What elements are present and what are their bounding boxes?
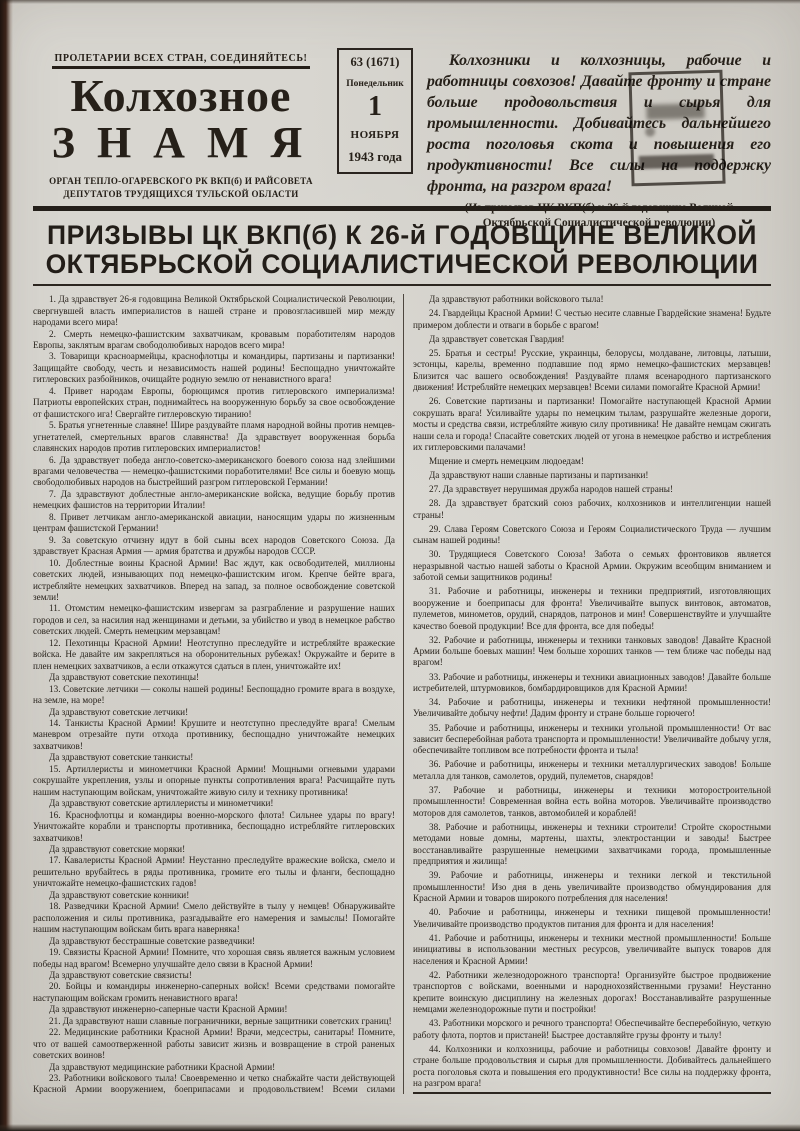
appeal-paragraph: Да здравствуют советские моряки! (33, 844, 395, 855)
appeal-paragraph: 32. Рабочие и работницы, инженеры и техн… (413, 635, 771, 669)
appeal-paragraph: Да здравствует советская Гвардия! (413, 334, 771, 345)
appeal-paragraph: 37. Рабочие и работницы, инженеры и техн… (413, 785, 771, 819)
epigraph: Колхозники и колхозницы, рабочие и работ… (427, 50, 771, 230)
right-column-paragraphs: Да здравствуют работники войскового тыла… (413, 294, 771, 1089)
appeal-paragraph: 44. Колхозники и колхозницы, рабочие и р… (413, 1044, 771, 1090)
appeal-paragraph: Да здравствуют советские танкисты! (33, 752, 395, 763)
headline-line1: ПРИЗЫВЫ ЦК ВКП(б) К 26-й ГОДОВЩИНЕ ВЕЛИК… (33, 221, 771, 250)
appeal-paragraph: 43. Работники морского и речного транспо… (413, 1018, 771, 1041)
appeal-paragraph: 42. Работники железнодорожного транспорт… (413, 970, 771, 1016)
masthead: ПРОЛЕТАРИИ ВСЕХ СТРАН, СОЕДИНЯЙТЕСЬ! Кол… (33, 48, 771, 200)
appeal-paragraph: 29. Слава Героям Советского Союза и Геро… (413, 524, 771, 547)
appeal-paragraph: 36. Рабочие и работницы, инженеры и техн… (413, 759, 771, 782)
appeal-paragraph: 39. Рабочие и работницы, инженеры и техн… (413, 870, 771, 904)
right-column: Да здравствуют работники войскового тыла… (403, 294, 771, 1094)
appeal-paragraph: 40. Рабочие и работницы, инженеры и техн… (413, 907, 771, 930)
appeal-paragraph: 35. Рабочие и работницы, инженеры и техн… (413, 723, 771, 757)
appeal-paragraph: 26. Советские партизаны и партизанки! По… (413, 396, 771, 453)
page-content: ПРОЛЕТАРИИ ВСЕХ СТРАН, СОЕДИНЯЙТЕСЬ! Кол… (13, 0, 787, 1131)
appeal-paragraph: Да здравствуют бесстрашные советские раз… (33, 936, 395, 947)
main-headline: ПРИЗЫВЫ ЦК ВКП(б) К 26-й ГОДОВЩИНЕ ВЕЛИК… (33, 221, 771, 278)
scan-edge-top (0, 0, 800, 4)
issue-date-box: 63 (1671) Понедельник 1 НОЯБРЯ 1943 года (337, 48, 413, 174)
appeal-paragraph: 21. Да здравствуют наши славные погранич… (33, 1016, 395, 1027)
issue-month: НОЯБРЯ (342, 129, 408, 141)
appeal-paragraph: Да здравствуют советские летчики! (33, 707, 395, 718)
issue-day: 1 (342, 93, 408, 121)
organ-statement: ОРГАН ТЕПЛО-ОГАРЕВСКОГО РК ВКП(б) И РАЙС… (33, 175, 329, 201)
appeal-paragraph: 30. Трудящиеся Советского Союза! Забота … (413, 549, 771, 583)
issue-year: 1943 года (342, 149, 408, 165)
appeal-paragraph: 23. Работники войскового тыла! Своевреме… (33, 1073, 395, 1094)
issue-number: 63 (1671) (342, 55, 408, 70)
scan-edge-bottom (0, 1124, 800, 1131)
appeal-paragraph: 18. Разведчики Красной Армии! Смело дейс… (33, 901, 395, 935)
appeal-paragraph: Да здравствуют инженерно-саперные части … (33, 1004, 395, 1015)
appeal-paragraph: Да здравствуют советские конники! (33, 890, 395, 901)
appeal-paragraph: 7. Да здравствуют доблестные англо-амери… (33, 489, 395, 512)
appeal-paragraph: 20. Бойцы и командиры инженерно-саперных… (33, 981, 395, 1004)
appeal-paragraph: 38. Рабочие и работницы, инженеры и техн… (413, 822, 771, 868)
continuation-rule (413, 1092, 771, 1094)
left-column: 1. Да здравствует 26-я годовщина Великой… (33, 294, 403, 1094)
masthead-left: ПРОЛЕТАРИИ ВСЕХ СТРАН, СОЕДИНЯЙТЕСЬ! Кол… (33, 48, 329, 201)
appeal-paragraph: 3. Товарищи красноармейцы, краснофлотцы … (33, 351, 395, 385)
epigraph-text: Колхозники и колхозницы, рабочие и работ… (427, 50, 771, 197)
headline-divider-rule (33, 284, 771, 286)
appeal-paragraph: 28. Да здравствует братский союз рабочих… (413, 498, 771, 521)
newspaper-title-line2: ЗНАМЯ (33, 121, 329, 165)
scan-edge-left (0, 0, 13, 1131)
appeal-paragraph: 1. Да здравствует 26-я годовщина Великой… (33, 294, 395, 328)
appeal-paragraph: 14. Танкисты Красной Армии! Крушите и не… (33, 718, 395, 752)
appeal-paragraph: Да здравствуют советские пехотинцы! (33, 672, 395, 683)
appeal-paragraph: Да здравствуют работники войскового тыла… (413, 294, 771, 305)
appeal-paragraph: 15. Артиллеристы и минометчики Красной А… (33, 764, 395, 798)
organ-line2: ДЕПУТАТОВ ТРУДЯЩИХСЯ ТУЛЬСКОЙ ОБЛАСТИ (33, 188, 329, 201)
appeal-paragraph: Да здравствуют советские связисты! (33, 970, 395, 981)
appeal-paragraph: Да здравствуют наши славные партизаны и … (413, 470, 771, 481)
headline-line2: ОКТЯБРЬСКОЙ СОЦИАЛИСТИЧЕСКОЙ РЕВОЛЮЦИИ (33, 250, 771, 279)
appeal-paragraph: 34. Рабочие и работницы, инженеры и техн… (413, 697, 771, 720)
appeal-paragraph: 6. Да здравствует победа англо-советско-… (33, 455, 395, 489)
appeal-paragraph: 12. Пехотинцы Красной Армии! Неотступно … (33, 638, 395, 672)
issue-weekday: Понедельник (342, 79, 408, 89)
appeal-paragraph: 19. Связисты Красной Армии! Помните, что… (33, 947, 395, 970)
appeal-paragraph: 10. Доблестные воины Красной Армии! Вас … (33, 558, 395, 604)
appeal-paragraph: 24. Гвардейцы Красной Армии! С честью не… (413, 308, 771, 331)
appeal-paragraph: 27. Да здравствует нерушимая дружба наро… (413, 484, 771, 495)
article-columns: 1. Да здравствует 26-я годовщина Великой… (33, 294, 771, 1094)
appeal-paragraph: 25. Братья и сестры! Русские, украинцы, … (413, 348, 771, 394)
epigraph-attribution-line1: (Из призывов ЦК ВКП(б) к 26-й годовщине … (427, 201, 771, 216)
appeal-paragraph: 33. Рабочие и работницы, инженеры и техн… (413, 672, 771, 695)
appeal-paragraph: 22. Медицинские работники Красной Армии!… (33, 1027, 395, 1061)
organ-line1: ОРГАН ТЕПЛО-ОГАРЕВСКОГО РК ВКП(б) И РАЙС… (33, 175, 329, 188)
appeal-paragraph: 16. Краснофлотцы и командиры военно-морс… (33, 810, 395, 844)
appeal-paragraph: 31. Рабочие и работницы, инженеры и техн… (413, 586, 771, 632)
newspaper-title-line1: Колхозное (33, 73, 329, 119)
appeal-paragraph: 9. За советскую отчизну идут в бой сыны … (33, 535, 395, 558)
appeal-paragraph: 2. Смерть немецко-фашистским захватчикам… (33, 329, 395, 352)
appeal-paragraph: 11. Отомстим немецко-фашистским извергам… (33, 603, 395, 637)
slogan: ПРОЛЕТАРИИ ВСЕХ СТРАН, СОЕДИНЯЙТЕСЬ! (52, 53, 309, 69)
appeal-paragraph: Да здравствуют советские артиллеристы и … (33, 798, 395, 809)
appeal-paragraph: 4. Привет народам Европы, борющимся прот… (33, 386, 395, 420)
appeal-paragraph: 13. Советские летчики — соколы нашей род… (33, 684, 395, 707)
appeal-paragraph: Мщение и смерть немецким людоедам! (413, 456, 771, 467)
appeal-paragraph: 17. Кавалеристы Красной Армии! Неустанно… (33, 855, 395, 889)
newspaper-page: ПРОЛЕТАРИИ ВСЕХ СТРАН, СОЕДИНЯЙТЕСЬ! Кол… (0, 0, 800, 1131)
appeal-paragraph: Да здравствуют медицинские работники Кра… (33, 1062, 395, 1073)
appeal-paragraph: 41. Рабочие и работницы, инженеры и техн… (413, 933, 771, 967)
appeal-paragraph: 8. Привет летчикам англо-американской ав… (33, 512, 395, 535)
appeal-paragraph: 5. Братья угнетенные славяне! Шире разду… (33, 420, 395, 454)
